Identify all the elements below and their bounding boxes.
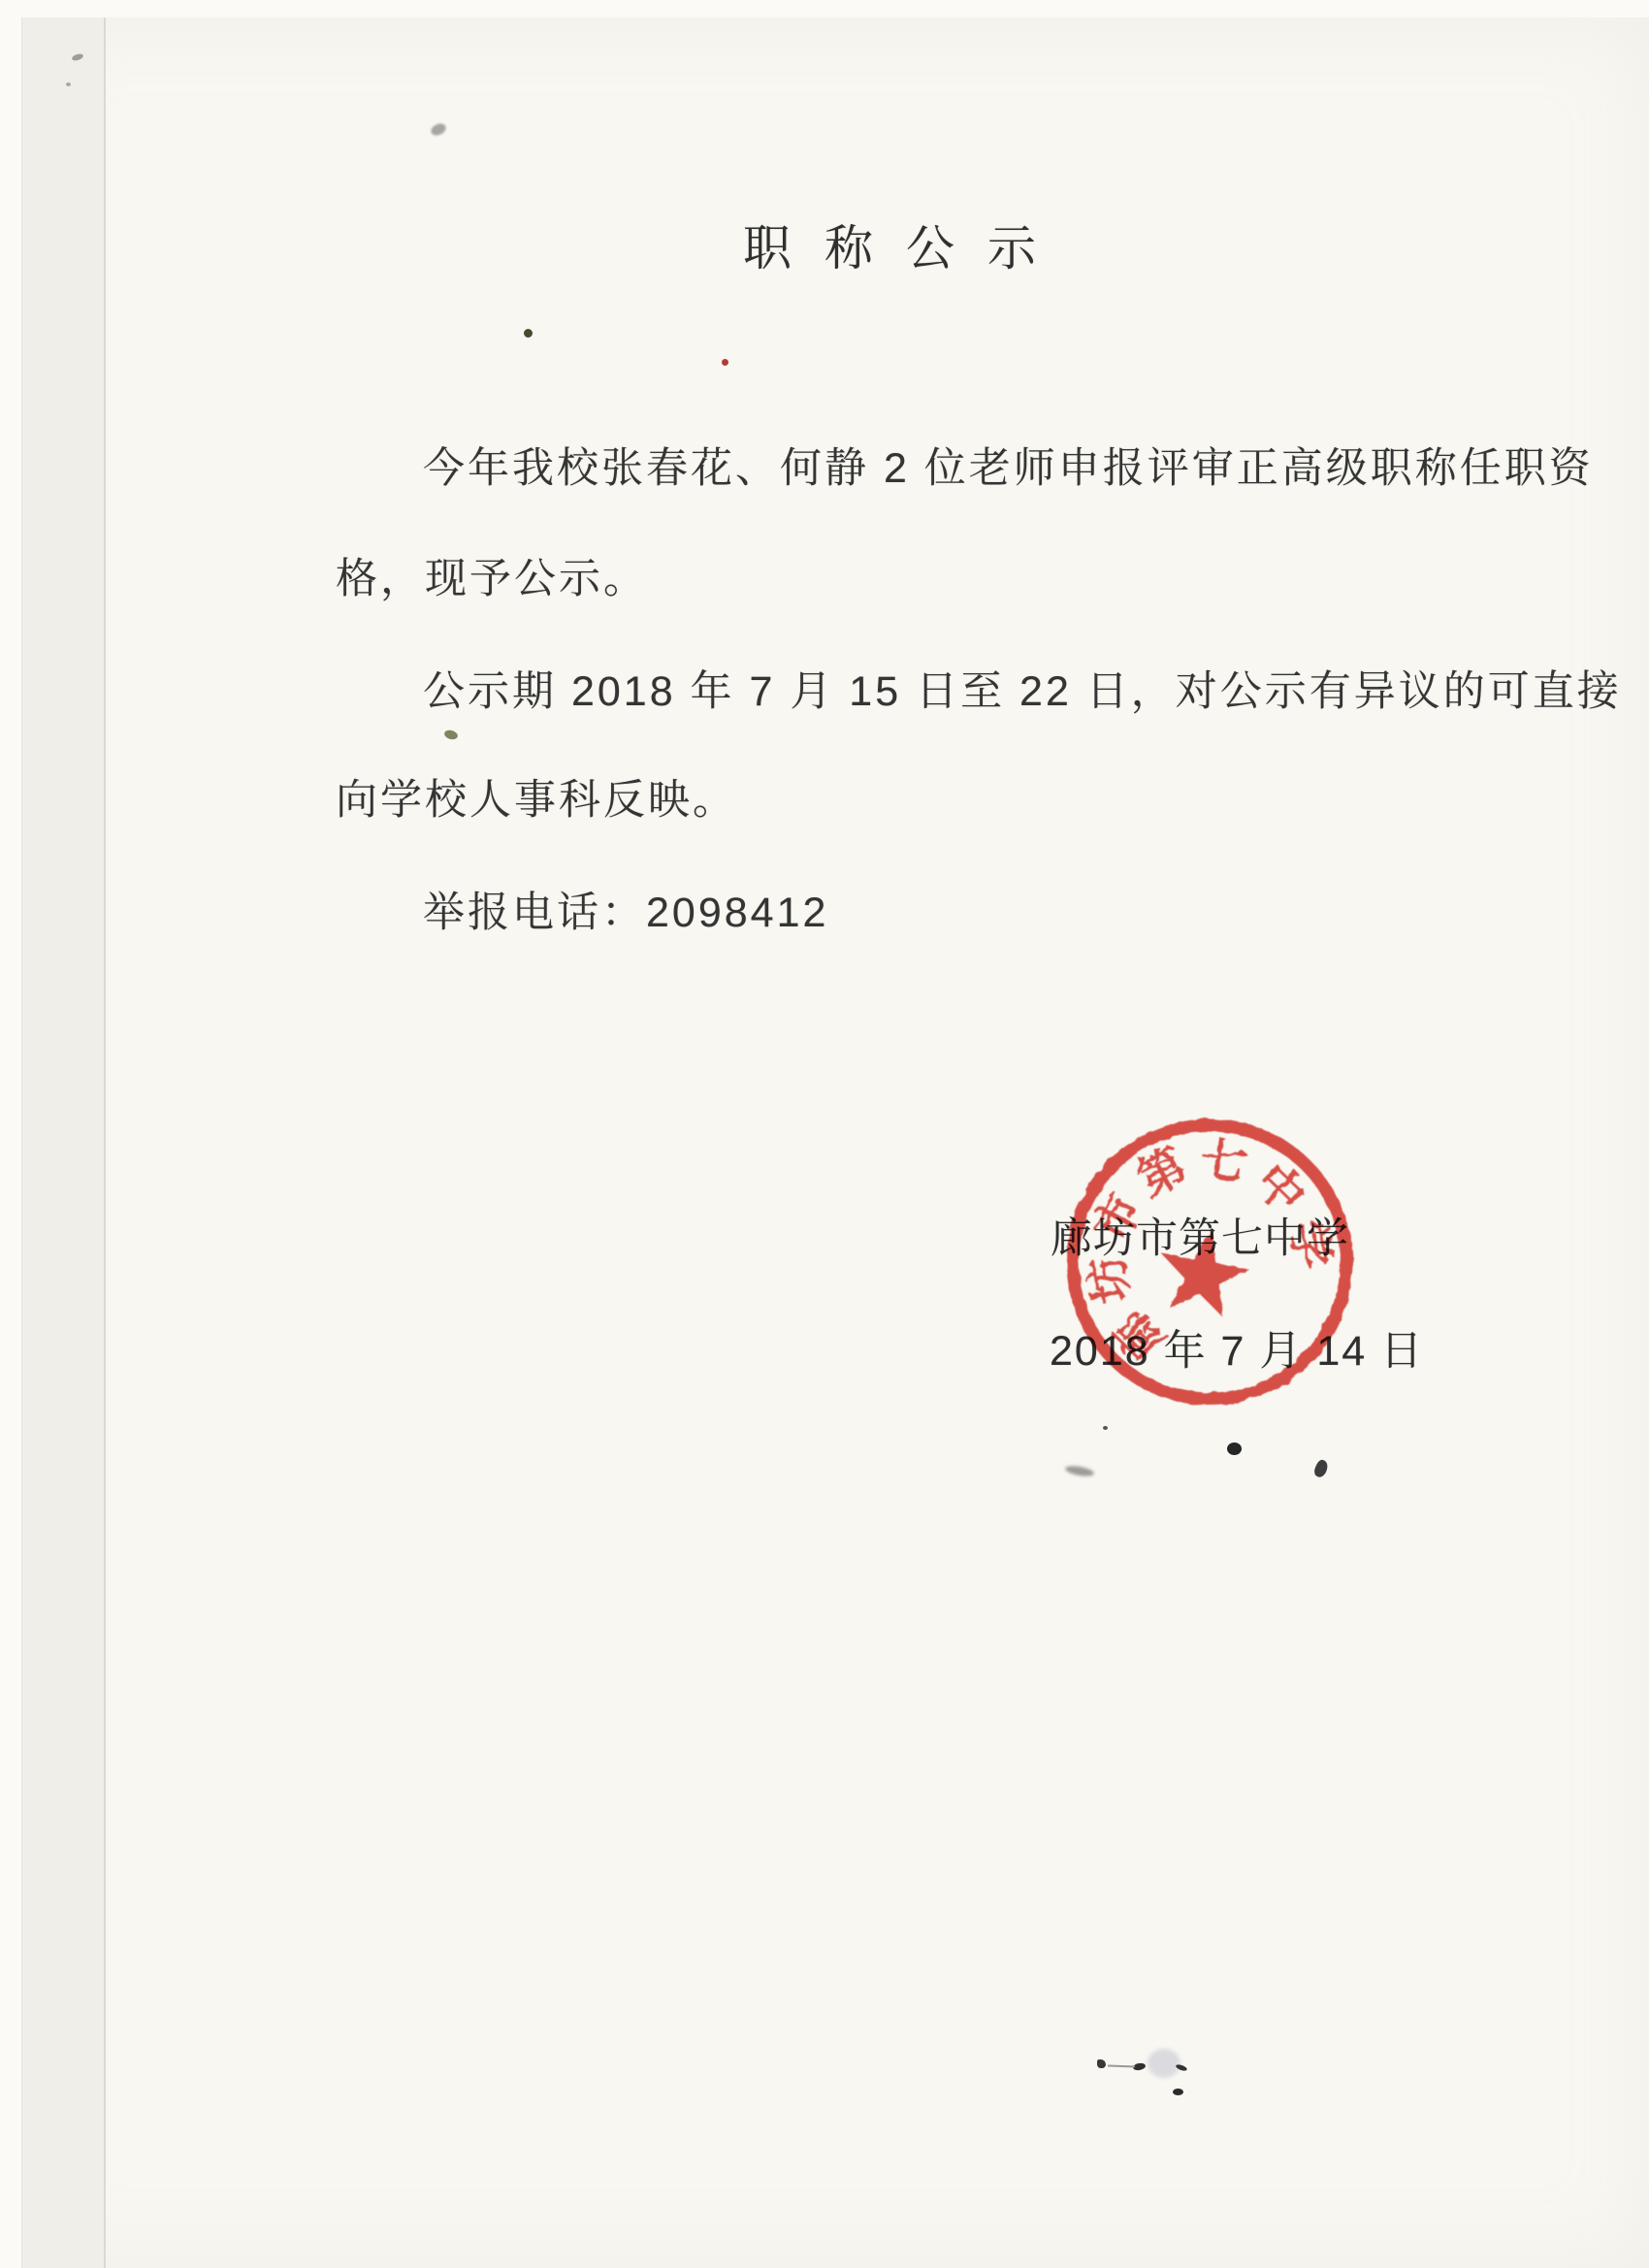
paper-edge-shadow xyxy=(21,17,106,2268)
seal-char: 七 xyxy=(1197,1133,1250,1190)
seal-char: 坊 xyxy=(1081,1252,1140,1307)
body-line: 格，现予公示。 xyxy=(336,559,648,600)
scan-speck xyxy=(524,329,533,338)
scan-speck xyxy=(1227,1442,1242,1455)
official-seal-stamp: 廊坊市第七中学 xyxy=(1059,1112,1360,1412)
seal-char: 学 xyxy=(1279,1217,1339,1272)
seal-star-icon xyxy=(1152,1222,1254,1320)
scan-speck xyxy=(1103,1426,1108,1430)
scan-speck xyxy=(1148,2049,1180,2078)
scan-speck xyxy=(1173,2089,1183,2095)
scan-speck xyxy=(1097,2059,1106,2068)
scan-speck xyxy=(722,359,728,366)
scanned-page: 职称公示 今年我校张春花、何静 2 位老师申报评审正高级职称任职资 格，现予公示… xyxy=(0,0,1649,2268)
body-line: 今年我校张春花、何静 2 位老师申报评审正高级职称任职资 xyxy=(423,448,1594,490)
page-title: 职称公示 xyxy=(743,224,1069,273)
body-line: 公示期 2018 年 7 月 15 日至 22 日，对公示有异议的可直接 xyxy=(423,671,1622,713)
body-line: 向学校人事科反映。 xyxy=(336,780,737,822)
scan-speck xyxy=(66,82,71,86)
paper-background xyxy=(21,17,1649,2268)
hotline-line: 举报电话：2098412 xyxy=(423,892,828,934)
